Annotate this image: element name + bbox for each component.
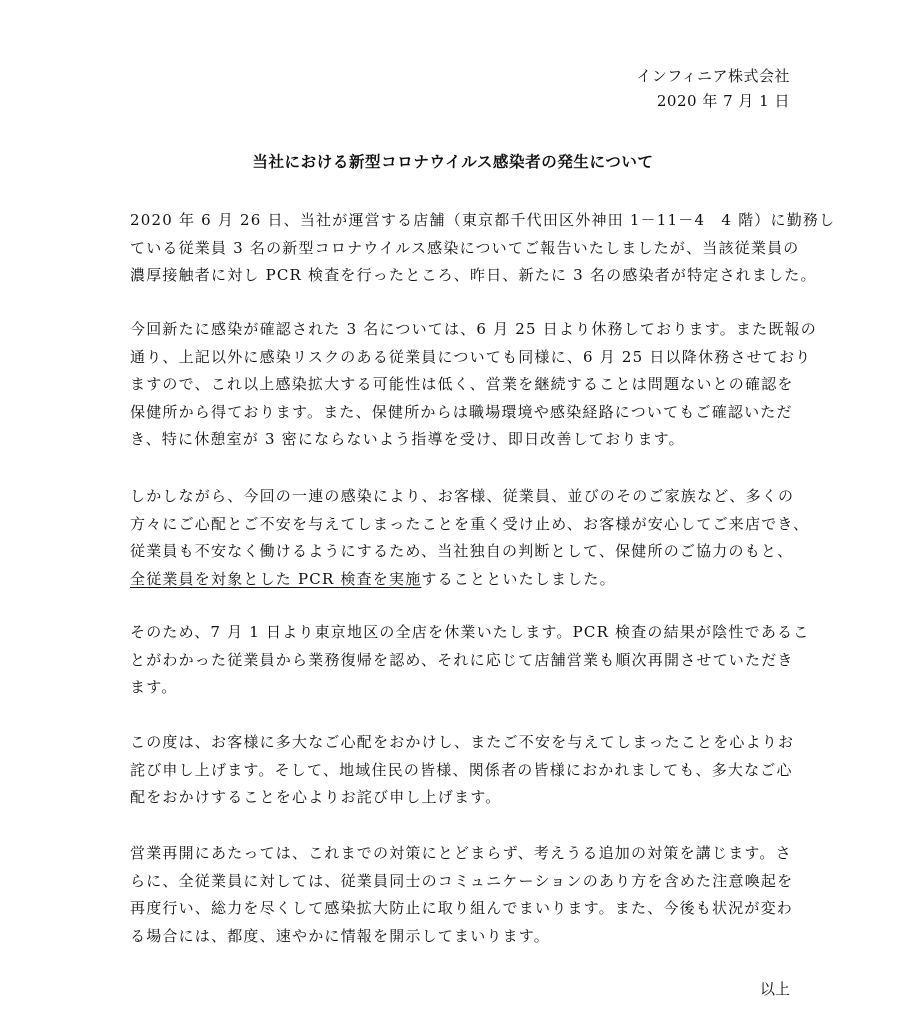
paragraph-line: 従業員も不安なく働けるようにするため、当社独自の判断として、保健所のご協力のもと… — [130, 538, 792, 566]
paragraph-line: 配をおかけすることを心よりお詫び申し上げます。 — [130, 784, 792, 812]
underlined-emphasis: 全従業員を対象とした PCR 検査を実施 — [130, 570, 421, 588]
paragraph-line: 保健所から得ております。また、保健所からは職場環境や感染経路についてもご確認いた… — [130, 399, 792, 427]
document-header: インフィニア株式会社 2020 年 7 月 1 日 — [636, 64, 790, 114]
paragraph-line: そのため、7 月 1 日より東京地区の全店を休業いたします。PCR 検査の結果が… — [130, 619, 792, 647]
paragraph-line-tail: することといたしました。 — [421, 570, 615, 588]
paragraph-line: 今回新たに感染が確認された 3 名については、6 月 25 日より休務しておりま… — [130, 316, 792, 344]
paragraph-line: 濃厚接触者に対し PCR 検査を行ったところ、昨日、新たに 3 名の感染者が特定… — [130, 262, 792, 290]
paragraph-line: る場合には、都度、速やかに情報を開示してまいります。 — [130, 923, 792, 951]
paragraph-line: しかしながら、今回の一連の感染により、お客様、従業員、並びのそのご家族など、多く… — [130, 483, 792, 511]
document-date: 2020 年 7 月 1 日 — [636, 89, 790, 114]
paragraph-4: そのため、7 月 1 日より東京地区の全店を休業いたします。PCR 検査の結果が… — [130, 619, 792, 702]
paragraph-line: き、特に休憩室が 3 密にならないよう指導を受け、即日改善しております。 — [130, 426, 792, 454]
paragraph-line: ますので、これ以上感染拡大する可能性は低く、営業を継続することは問題ないとの確認… — [130, 371, 792, 399]
paragraph-line: らに、全従業員に対しては、従業員同士のコミュニケーションのあり方を含めた注意喚起… — [130, 868, 792, 896]
paragraph-line: ます。 — [130, 674, 792, 702]
paragraph-6: 営業再開にあたっては、これまでの対策にとどまらず、考えうる追加の対策を講じます。… — [130, 840, 792, 950]
paragraph-line: 営業再開にあたっては、これまでの対策にとどまらず、考えうる追加の対策を講じます。… — [130, 840, 792, 868]
document-page: インフィニア株式会社 2020 年 7 月 1 日 当社における新型コロナウイル… — [0, 0, 906, 1021]
company-name: インフィニア株式会社 — [636, 64, 790, 89]
document-title: 当社における新型コロナウイルス感染者の発生について — [0, 150, 906, 172]
paragraph-line: ている従業員 3 名の新型コロナウイルス感染についてご報告いたしましたが、当該従… — [130, 235, 792, 263]
paragraph-line: 全従業員を対象とした PCR 検査を実施することといたしました。 — [130, 566, 792, 594]
paragraph-3: しかしながら、今回の一連の感染により、お客様、従業員、並びのそのご家族など、多く… — [130, 483, 792, 593]
paragraph-5: この度は、お客様に多大なご心配をおかけし、またご不安を与えてしまったことを心より… — [130, 729, 792, 812]
paragraph-1: 2020 年 6 月 26 日、当社が運営する店舗（東京都千代田区外神田 1－1… — [130, 207, 792, 290]
paragraph-line: 方々にご心配とご不安を与えてしまったことを重く受け止め、お客様が安心してご来店で… — [130, 511, 792, 539]
paragraph-2: 今回新たに感染が確認された 3 名については、6 月 25 日より休務しておりま… — [130, 316, 792, 454]
paragraph-line: 詫び申し上げます。そして、地域住民の皆様、関係者の皆様におかれましても、多大なご… — [130, 757, 792, 785]
paragraph-line: 通り、上記以外に感染リスクのある従業員についても同様に、6 月 25 日以降休務… — [130, 344, 792, 372]
closing-mark: 以上 — [760, 978, 790, 999]
paragraph-line: とがわかった従業員から業務復帰を認め、それに応じて店舗営業も順次再開させていただ… — [130, 647, 792, 675]
paragraph-line: 2020 年 6 月 26 日、当社が運営する店舗（東京都千代田区外神田 1－1… — [130, 207, 792, 235]
paragraph-line: 再度行い、総力を尽くして感染拡大防止に取り組んでまいります。また、今後も状況が変… — [130, 895, 792, 923]
paragraph-line: この度は、お客様に多大なご心配をおかけし、またご不安を与えてしまったことを心より… — [130, 729, 792, 757]
